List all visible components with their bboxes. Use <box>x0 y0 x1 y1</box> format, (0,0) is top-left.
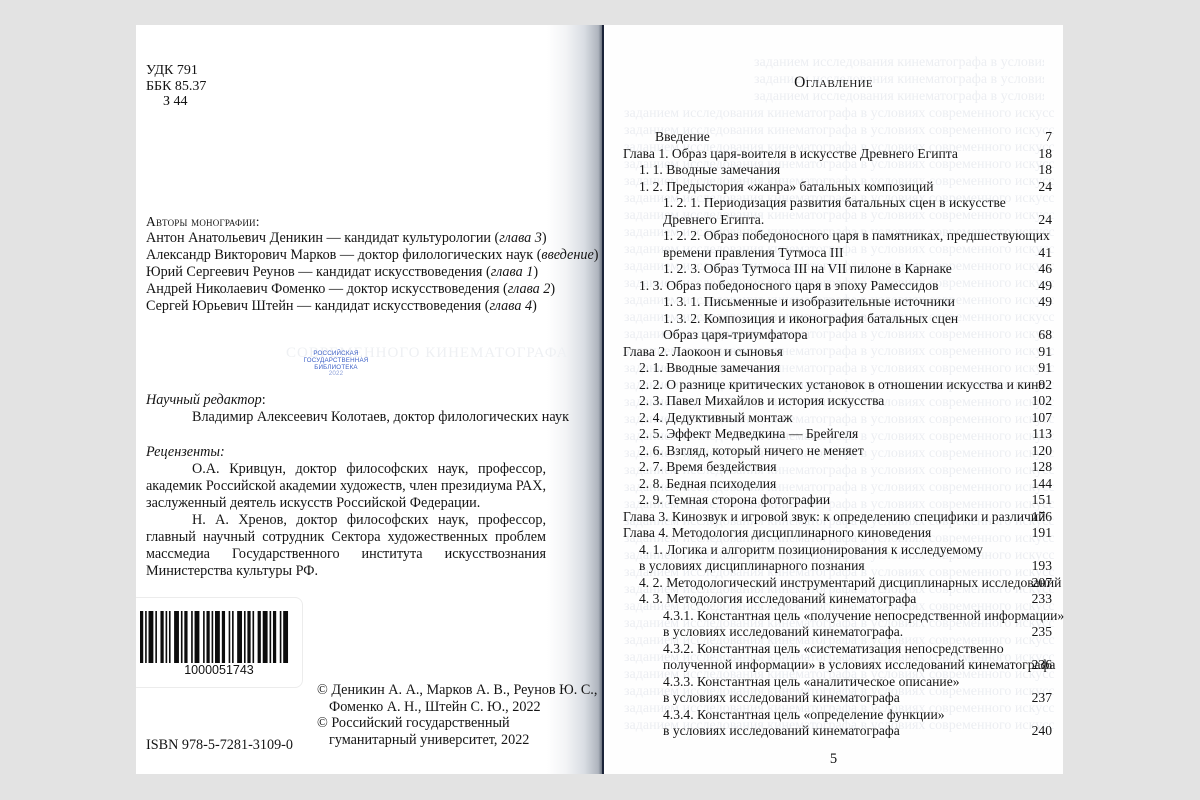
toc-entry: 1. 3. 1. Письменные и изобразительные ис… <box>604 294 1063 311</box>
toc-entry-title: Введение <box>655 129 710 146</box>
toc-entry-page: 240 <box>1032 723 1052 740</box>
author-line: Александр Викторович Марков — доктор фил… <box>146 247 599 264</box>
toc-entry-page: 233 <box>1032 591 1052 608</box>
author-line: Антон Анатольевич Деникин — кандидат кул… <box>146 230 599 247</box>
toc-entry-page: 91 <box>1038 360 1052 377</box>
toc-entry: в условиях исследований кинематографа237 <box>604 690 1063 707</box>
table-of-contents: Введение7Глава 1. Образ царя-воителя в и… <box>604 129 1063 740</box>
reviewer-2: Н. А. Хренов, доктор философских наук, п… <box>146 512 546 580</box>
toc-entry-title: 2. 3. Павел Михайлов и история искусства <box>639 393 884 410</box>
toc-entry-title: 1. 1. Вводные замечания <box>639 162 780 179</box>
toc-entry: 4.3.3. Константная цель «аналитическое о… <box>604 674 1063 691</box>
toc-entry: в условиях исследований кинематографа240 <box>604 723 1063 740</box>
toc-entry-page: 41 <box>1038 245 1052 262</box>
page-number: 5 <box>604 751 1063 768</box>
toc-entry-title: 1. 2. 3. Образ Тутмоса III на VII пилоне… <box>663 261 952 278</box>
toc-entry: Глава 4. Методология дисциплинарного кин… <box>604 525 1063 542</box>
copyright-line: гуманитарный университет, 2022 <box>317 732 597 749</box>
toc-entry: 4.3.2. Константная цель «систематизация … <box>604 641 1063 658</box>
toc-entry: 4.3.4. Константная цель «определение фун… <box>604 707 1063 724</box>
toc-entry-title: в условиях исследований кинематографа <box>663 690 900 707</box>
editor-block: Научный редактор: Владимир Алексеевич Ко… <box>146 392 546 426</box>
toc-entry: 1. 2. Предыстория «жанра» батальных комп… <box>604 179 1063 196</box>
toc-entry-page: 91 <box>1038 344 1052 361</box>
toc-entry-page: 46 <box>1038 261 1052 278</box>
toc-entry-title: 4.3.3. Константная цель «аналитическое о… <box>663 674 960 691</box>
toc-entry-title: Глава 3. Кинозвук и игровой звук: к опре… <box>623 509 1045 526</box>
author-mark: З 44 <box>146 94 206 110</box>
stamp-year: 2022 <box>286 371 386 378</box>
toc-entry-page: 120 <box>1032 443 1052 460</box>
toc-entry-title: времени правления Тутмоса III <box>663 245 844 262</box>
toc-entry-page: 24 <box>1038 179 1052 196</box>
toc-entry: времени правления Тутмоса III41 <box>604 245 1063 262</box>
toc-entry-title: 1. 3. 1. Письменные и изобразительные ис… <box>663 294 955 311</box>
toc-entry-title: в условиях исследований кинематографа. <box>663 624 903 641</box>
author-role: глава 2 <box>508 281 551 297</box>
toc-entry-page: 144 <box>1032 476 1052 493</box>
toc-entry-title: 1. 3. Образ победоносного царя в эпоху Р… <box>639 278 939 295</box>
toc-entry-page: 68 <box>1038 327 1052 344</box>
toc-entry: 1. 1. Вводные замечания18 <box>604 162 1063 179</box>
toc-entry-page: 49 <box>1038 278 1052 295</box>
toc-entry-title: 1. 2. Предыстория «жанра» батальных комп… <box>639 179 934 196</box>
toc-entry: 4.3.1. Константная цель «получение непос… <box>604 608 1063 625</box>
toc-entry: 2. 8. Бедная психоделия144 <box>604 476 1063 493</box>
author-role: введение <box>541 247 593 263</box>
toc-entry: 1. 2. 1. Периодизация развития батальных… <box>604 195 1063 212</box>
authors-block: Авторы монографии: Антон Анатольевич Ден… <box>146 213 599 315</box>
authors-heading: Авторы монографии: <box>146 213 599 230</box>
toc-entry-title: 1. 2. 1. Периодизация развития батальных… <box>663 195 1006 212</box>
toc-entry-title: 2. 6. Взгляд, который ничего не меняет <box>639 443 864 460</box>
toc-entry-title: 2. 9. Темная сторона фотографии <box>639 492 830 509</box>
toc-entry-title: Глава 4. Методология дисциплинарного кин… <box>623 525 931 542</box>
toc-entry-title: Древнего Египта. <box>663 212 764 229</box>
barcode-number: 1000051743 <box>136 663 302 677</box>
copyright-block: © Деникин А. А., Марков А. В., Реунов Ю.… <box>317 682 597 748</box>
editor-label: Научный редактор <box>146 392 262 408</box>
toc-entry: 2. 2. О разнице критических установок в … <box>604 377 1063 394</box>
toc-entry-title: Образ царя-триумфатора <box>663 327 808 344</box>
toc-entry: 1. 2. 3. Образ Тутмоса III на VII пилоне… <box>604 261 1063 278</box>
toc-entry: 1. 3. 2. Композиция и иконография баталь… <box>604 311 1063 328</box>
toc-title: Оглавление <box>604 74 1063 92</box>
library-stamp: РОССИЙСКАЯ ГОСУДАРСТВЕННАЯ БИБЛИОТЕКА 20… <box>286 351 386 378</box>
author-role: глава 3 <box>499 230 542 246</box>
author-line: Юрий Сергеевич Реунов — кандидат искусст… <box>146 264 599 281</box>
toc-entry: Глава 3. Кинозвук и игровой звук: к опре… <box>604 509 1063 526</box>
toc-entry-page: 107 <box>1032 410 1052 427</box>
bbk-code: ББК 85.37 <box>146 79 206 95</box>
toc-entry-title: Глава 1. Образ царя-воителя в искусстве … <box>623 146 958 163</box>
copyright-line: © Деникин А. А., Марков А. В., Реунов Ю.… <box>317 682 597 699</box>
toc-entry: 1. 3. Образ победоносного царя в эпоху Р… <box>604 278 1063 295</box>
reviewers-block: Рецензенты: О.А. Кривцун, доктор философ… <box>146 444 546 580</box>
toc-entry-page: 237 <box>1032 690 1052 707</box>
toc-entry: в условиях исследований кинематографа.23… <box>604 624 1063 641</box>
copyright-line: Фоменко А. Н., Штейн С. Ю., 2022 <box>317 699 597 716</box>
toc-entry-page: 191 <box>1032 525 1052 542</box>
copyright-line: © Российский государственный <box>317 715 597 732</box>
toc-entry: 4. 1. Логика и алгоритм позиционирования… <box>604 542 1063 559</box>
toc-entry: Образ царя-триумфатора68 <box>604 327 1063 344</box>
toc-entry: 2. 1. Вводные замечания91 <box>604 360 1063 377</box>
author-role: глава 4 <box>489 298 532 314</box>
toc-entry: 2. 6. Взгляд, который ничего не меняет12… <box>604 443 1063 460</box>
toc-entry-page: 113 <box>1032 426 1052 443</box>
toc-entry-title: 4.3.1. Константная цель «получение непос… <box>663 608 1064 625</box>
toc-entry: 4. 3. Методология исследований кинематог… <box>604 591 1063 608</box>
toc-entry-title: 4.3.2. Константная цель «систематизация … <box>663 641 1004 658</box>
toc-entry: Глава 2. Лаокоон и сыновья91 <box>604 344 1063 361</box>
toc-entry: Древнего Египта.24 <box>604 212 1063 229</box>
left-page: УДК 791 ББК 85.37 З 44 Авторы монографии… <box>136 25 603 774</box>
toc-entry-title: 4. 1. Логика и алгоритм позиционирования… <box>639 542 983 559</box>
toc-entry-title: 2. 1. Вводные замечания <box>639 360 780 377</box>
toc-entry-page: 7 <box>1045 129 1052 146</box>
toc-entry: Глава 1. Образ царя-воителя в искусстве … <box>604 146 1063 163</box>
toc-entry-title: 4. 2. Методологический инструментарий ди… <box>639 575 1061 592</box>
toc-entry-title: 4. 3. Методология исследований кинематог… <box>639 591 916 608</box>
toc-entry-title: в условиях исследований кинематографа <box>663 723 900 740</box>
toc-entry-page: 24 <box>1038 212 1052 229</box>
toc-entry-page: 102 <box>1032 393 1052 410</box>
toc-entry-title: 2. 4. Дедуктивный монтаж <box>639 410 793 427</box>
author-line: Сергей Юрьевич Штейн — кандидат искусств… <box>146 298 599 315</box>
toc-entry-page: 193 <box>1032 558 1052 575</box>
toc-entry: 2. 5. Эффект Медведкина — Брейгеля113 <box>604 426 1063 443</box>
bleed-line: заданием исследования кинематографа в ус… <box>754 55 1044 72</box>
right-page: заданием исследования кинематографа в ус… <box>604 25 1063 774</box>
barcode-icon <box>140 611 290 663</box>
toc-entry-page: 151 <box>1032 492 1052 509</box>
toc-entry: полученной информации» в условиях исслед… <box>604 657 1063 674</box>
author-line: Андрей Николаевич Фоменко — доктор искус… <box>146 281 599 298</box>
classification-codes: УДК 791 ББК 85.37 З 44 <box>146 63 206 110</box>
toc-entry-title: 2. 8. Бедная психоделия <box>639 476 776 493</box>
toc-entry: 2. 4. Дедуктивный монтаж107 <box>604 410 1063 427</box>
toc-entry: Введение7 <box>604 129 1063 146</box>
toc-entry: 2. 9. Темная сторона фотографии151 <box>604 492 1063 509</box>
reviewer-1: О.А. Кривцун, доктор философских наук, п… <box>146 461 546 512</box>
toc-entry-page: 207 <box>1032 575 1052 592</box>
toc-entry: 2. 7. Время бездействия128 <box>604 459 1063 476</box>
editor-name: Владимир Алексеевич Колотаев, доктор фил… <box>146 409 546 426</box>
toc-entry-page: 92 <box>1038 377 1052 394</box>
toc-entry-title: 4.3.4. Константная цель «определение фун… <box>663 707 945 724</box>
toc-entry: 1. 2. 2. Образ победоносного царя в памя… <box>604 228 1063 245</box>
toc-entry-page: 18 <box>1038 162 1052 179</box>
authors-list: Антон Анатольевич Деникин — кандидат кул… <box>146 230 599 315</box>
udc-code: УДК 791 <box>146 63 206 79</box>
toc-entry-title: полученной информации» в условиях исслед… <box>663 657 1055 674</box>
toc-entry-page: 176 <box>1032 509 1052 526</box>
toc-entry-title: 1. 2. 2. Образ победоносного царя в памя… <box>663 228 1050 245</box>
toc-entry: в условиях дисциплинарного познания193 <box>604 558 1063 575</box>
toc-entry-page: 235 <box>1032 624 1052 641</box>
toc-entry-page: 49 <box>1038 294 1052 311</box>
toc-entry-title: Глава 2. Лаокоон и сыновья <box>623 344 783 361</box>
toc-entry-page: 18 <box>1038 146 1052 163</box>
toc-entry-title: в условиях дисциплинарного познания <box>639 558 865 575</box>
toc-entry-title: 1. 3. 2. Композиция и иконография баталь… <box>663 311 958 328</box>
toc-entry: 2. 3. Павел Михайлов и история искусства… <box>604 393 1063 410</box>
toc-entry-title: 2. 2. О разнице критических установок в … <box>639 377 1045 394</box>
toc-entry-page: 236 <box>1032 657 1052 674</box>
toc-entry: 4. 2. Методологический инструментарий ди… <box>604 575 1063 592</box>
author-role: глава 1 <box>491 264 534 280</box>
editor-colon: : <box>262 392 266 408</box>
library-barcode-sticker: 1000051743 <box>136 597 303 688</box>
toc-entry-title: 2. 5. Эффект Медведкина — Брейгеля <box>639 426 858 443</box>
bleed-line: заданием исследования кинематографа в ус… <box>624 106 1054 123</box>
toc-entry-page: 128 <box>1032 459 1052 476</box>
toc-entry-title: 2. 7. Время бездействия <box>639 459 777 476</box>
reviewers-label: Рецензенты: <box>146 444 546 461</box>
isbn: ISBN 978-5-7281-3109-0 <box>146 737 293 754</box>
